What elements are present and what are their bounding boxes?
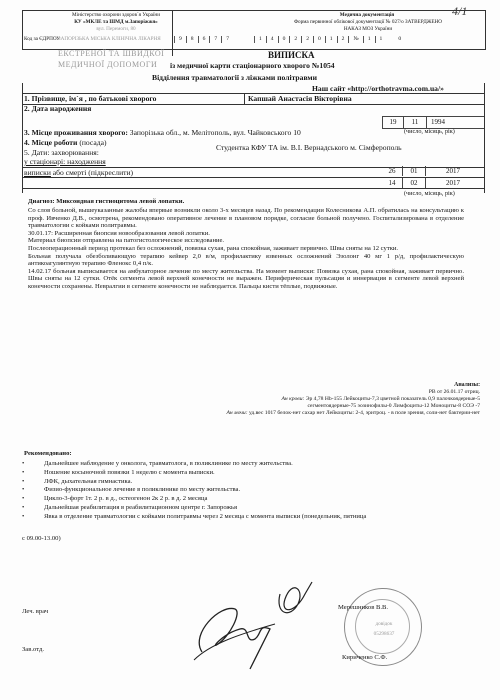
urine-test: Ан мочи: уд.вес 1017 белок-нет сахар нет… <box>150 410 480 416</box>
discharge-date: 14022017 <box>382 178 484 188</box>
residence: 3. Місце проживання хворого: Запорізька … <box>24 128 301 137</box>
patient-name: Капшай Анастасія Вікторівна <box>248 94 352 103</box>
recommendation-item: Ношение косыночной повязки 1 неделю с мо… <box>8 469 468 477</box>
dob-hint: (число, місяць, рік) <box>404 128 455 135</box>
analyses-title: Анализы: <box>420 382 480 388</box>
discharge-label: виписки або смерті (підкреслити) <box>24 168 133 177</box>
attending-doctor-name: Мерешников В.В. <box>338 604 388 612</box>
department-head-name: Кириченко С.Ф. <box>342 654 387 662</box>
history-paragraph: 30.01.17: Расширенная биопсия новообразо… <box>28 230 464 238</box>
blood-test-line2: сегментоядерные-75 эозинофилы-0 Лимфоцит… <box>170 403 480 409</box>
ministry-name: Міністерство охорони здоров`я України <box>60 12 172 18</box>
recommendation-item: Физио-функциональное лечение в поликлини… <box>8 486 468 494</box>
blood-test-line1: Ан крови: Эр 4,78 Hb-155 Лейкоциты-7,3 ц… <box>170 396 480 402</box>
department-head-label: Зав.отд. <box>22 646 44 654</box>
website: Наш сайт «http://orthotravma.com.ua/» <box>312 84 444 93</box>
diagnosis: Диагноз: Миксоидная гистиоцитома левой л… <box>28 198 184 206</box>
attending-doctor-label: Леч. врач <box>22 608 48 616</box>
recommendation-item: ЛФК, дыхательная гимнастика. <box>8 478 468 486</box>
work-label: 4. Місце роботи (посада) <box>24 138 107 147</box>
signature-scribble-icon <box>180 574 340 674</box>
stamp-overlay-line2: ЕКСТРЕНОЇ ТА ШВИДКОЇ <box>58 49 164 59</box>
dates-label: 5. Дати: захворювання: <box>24 148 99 157</box>
dob-label: 2. Дата народження <box>24 104 91 113</box>
edrpou-label: Код за ЄДРПОУ <box>24 36 60 42</box>
rw-result: РВ от 26.01.17 отриц. <box>380 389 480 395</box>
document-subtitle: із медичної карти стаціонарного хворого … <box>170 61 335 70</box>
recommendation-item: Дальнейшая реабилитация в реабилитационн… <box>8 504 468 512</box>
history-paragraph: Со слов больной, вышеуказанные жалобы вп… <box>28 207 464 230</box>
stamp-overlay-line3: МЕДИЧНОЇ ДОПОМОГИ <box>58 60 157 70</box>
clinical-history: Со слов больной, вышеуказанные жалобы вп… <box>28 207 464 291</box>
document-title: ВИПИСКА <box>268 50 315 60</box>
edrpou-digits: 9 8 6 7 7 <box>174 36 233 43</box>
dates-hint: (число, місяць, рік) <box>404 190 455 197</box>
order-line: НАКАЗ МОЗ України <box>252 26 484 32</box>
history-paragraph: Больная получала обезболивающую терапию … <box>28 253 464 268</box>
institution-address: вул. Перемоги, 80 <box>60 26 172 32</box>
stay-label: у стаціонарі: находження <box>24 157 106 166</box>
history-paragraph: Материал биопсии отправлена на патогисто… <box>28 237 464 245</box>
recommendation-tail: с 09.00-13.00) <box>22 535 61 543</box>
recommendations-title: Рекомендовано: <box>24 450 72 458</box>
history-paragraph: 14.02.17 больная выписывается на амбулат… <box>28 268 464 291</box>
institution-name: КУ «МКЛЕ та ШМД м.Запоріжжя» <box>60 19 172 25</box>
medical-documentation-title: Медична документація <box>250 12 484 18</box>
recommendations-list: Дальнейшее наблюдение у онколога, травма… <box>8 460 468 520</box>
form-line: Форма первинної облікової документації №… <box>252 19 484 25</box>
recommendation-item: Цикло-3-форт 1т. 2 р. в д., остеогенон 2… <box>8 495 468 503</box>
name-label: 1. Прізвище, ім`я , по батькові хворого <box>24 94 156 103</box>
department-name: Відділення травматології з ліжками політ… <box>152 73 317 82</box>
recommendation-item: Дальнейшее наблюдение у онколога, травма… <box>8 460 468 468</box>
stamp-overlay-line1: ЗАПОРІЗЬКА МІСЬКА КЛІНІЧНА ЛІКАРНЯ <box>58 36 161 42</box>
history-paragraph: Послеоперационный период протекал без ос… <box>28 245 464 253</box>
stamp-center-word: довідок <box>367 621 401 627</box>
stamp-code: 05298637 <box>365 631 403 637</box>
admission-date: 26012017 <box>382 166 484 176</box>
recommendation-item: Явка в отделение травматологии с койками… <box>8 513 468 521</box>
form-digits: 1 4 0 2 2 0 1 2 № 1 1 0 <box>254 36 405 43</box>
work-value: Студентка КФУ ТА ім. В.І. Вернадського м… <box>216 143 402 152</box>
